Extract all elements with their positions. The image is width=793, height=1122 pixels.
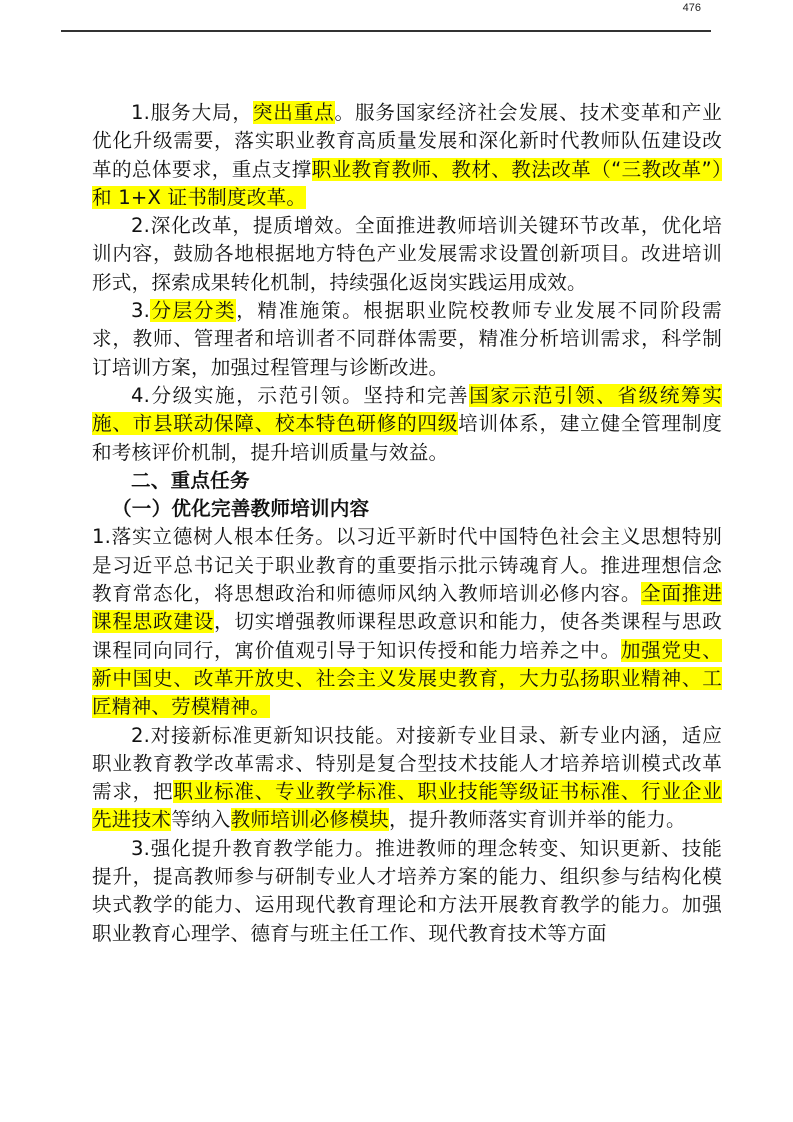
document-body: 1.服务大局，突出重点。服务国家经济社会发展、技术变革和产业优化升级需要，落实职… [92,99,722,948]
section-heading-key-tasks: 二、重点任务 [92,467,722,495]
highlighted-text: 突出重点 [253,101,335,124]
header-rule [61,30,711,32]
paragraph-teaching-ability: 3.强化提升教育教学能力。推进教师的理念转变、知识更新、技能提升，提高教师参与研… [92,835,722,948]
heading-text: 二、重点任务 [131,469,250,492]
paragraph-deepen-reform: 2.深化改革，提质增效。全面推进教师培训关键环节改革，优化培训内容，鼓励各地根据… [92,212,722,297]
paragraph-new-standards: 2.对接新标准更新知识技能。对接新专业目录、新专业内涵，适应职业教育教学改革需求… [92,722,722,835]
text-run: 等纳入 [171,808,230,831]
paragraph-graded-implementation: 4.分级实施，示范引领。坚持和完善国家示范引领、省级统筹实施、市县联动保障、校本… [92,382,722,467]
text-run: 2.深化改革，提质增效。全面推进教师培训关键环节改革，优化培训内容，鼓励各地根据… [92,214,722,294]
paragraph-moral-education: 1.落实立德树人根本任务。以习近平新时代中国特色社会主义思想特别是习近平总书记关… [92,523,722,721]
text-run: 3. [131,299,150,322]
paragraph-service-overall: 1.服务大局，突出重点。服务国家经济社会发展、技术变革和产业优化升级需要，落实职… [92,99,722,212]
highlighted-text: 分层分类 [150,299,236,322]
subsection-heading-training-content: （一）优化完善教师培训内容 [92,495,722,523]
text-run: 4.分级实施，示范引领。坚持和完善 [131,384,469,407]
highlighted-text: 教师培训必修模块 [231,808,389,831]
text-run: 1.落实立德树人根本任务。以习近平新时代中国特色社会主义思想特别是习近平总书记关… [92,525,722,605]
page-number: 476 [683,2,701,14]
text-run: ，提升教师落实育训并举的能力。 [389,808,686,831]
heading-text: （一）优化完善教师培训内容 [112,497,369,520]
paragraph-tiered-classification: 3.分层分类，精准施策。根据职业院校教师专业发展不同阶段需求，教师、管理者和培训… [92,297,722,382]
text-run: 1.服务大局， [131,101,253,124]
text-run: 3.强化提升教育教学能力。推进教师的理念转变、知识更新、技能提升，提高教师参与研… [92,837,722,945]
